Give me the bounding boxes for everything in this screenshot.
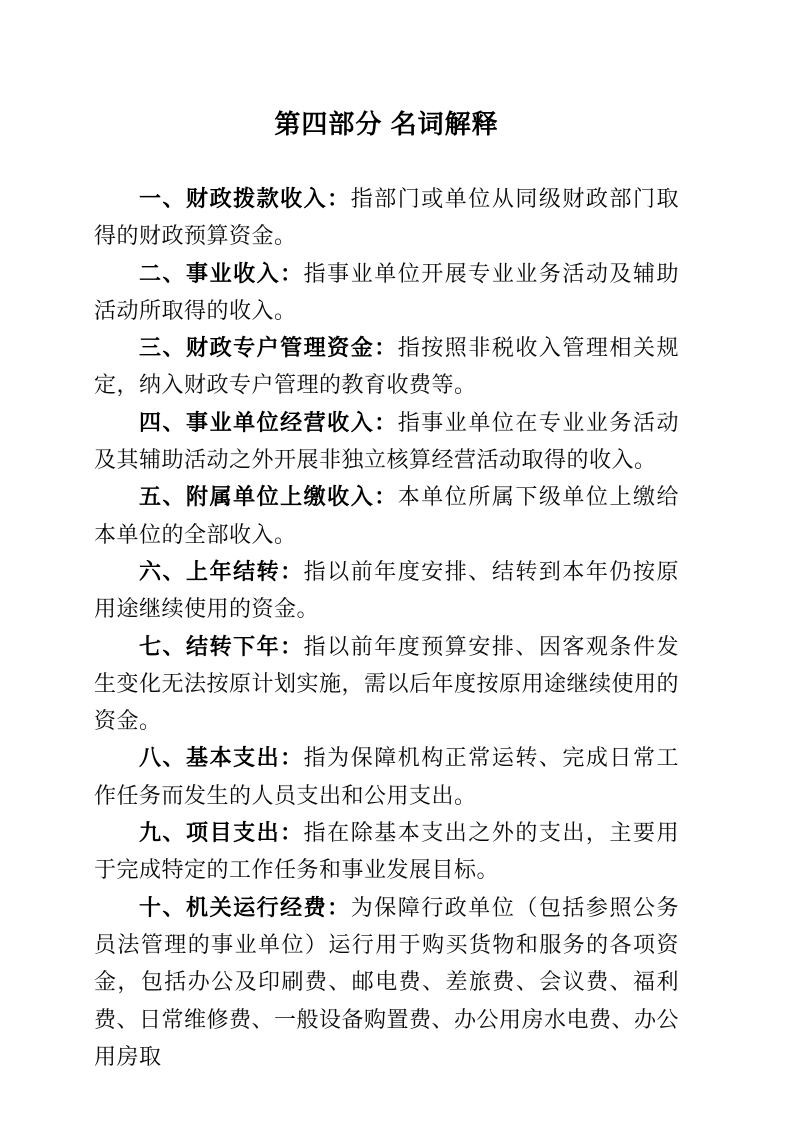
glossary-term-10-definition: 为保障行政单位（包括参照公务员法管理的事业单位）运行用于购买货物和服务的各项资金… <box>94 895 679 1069</box>
glossary-term-2-label: 二、事业收入： <box>139 261 304 286</box>
glossary-term-1: 一、财政拨款收入：指部门或单位从同级财政部门取得的财政预算资金。 <box>94 180 679 255</box>
glossary-term-5: 五、附属单位上缴收入：本单位所属下级单位上缴给本单位的全部收入。 <box>94 478 679 553</box>
glossary-term-6: 六、上年结转：指以前年度安排、结转到本年仍按原用途继续使用的资金。 <box>94 553 679 628</box>
glossary-term-6-label: 六、上年结转： <box>139 559 304 584</box>
glossary-term-8: 八、基本支出：指为保障机构正常运转、完成日常工作任务而发生的人员支出和公用支出。 <box>94 739 679 814</box>
glossary-term-7-label: 七、结转下年： <box>139 634 304 659</box>
glossary-term-5-label: 五、附属单位上缴收入： <box>139 484 398 509</box>
glossary-term-9-label: 九、项目支出： <box>139 820 304 845</box>
glossary-term-3: 三、财政专户管理资金：指按照非税收入管理相关规定，纳入财政专户管理的教育收费等。 <box>94 329 679 404</box>
glossary-term-2: 二、事业收入：指事业单位开展专业业务活动及辅助活动所取得的收入。 <box>94 255 679 330</box>
glossary-term-1-label: 一、财政拨款收入： <box>139 186 351 211</box>
glossary-term-9: 九、项目支出：指在除基本支出之外的支出，主要用于完成特定的工作任务和事业发展目标… <box>94 814 679 889</box>
glossary-section: 一、财政拨款收入：指部门或单位从同级财政部门取得的财政预算资金。 二、事业收入：… <box>94 180 679 1075</box>
glossary-term-10-label: 十、机关运行经费： <box>139 895 351 920</box>
document-page: 第四部分 名词解释 一、财政拨款收入：指部门或单位从同级财政部门取得的财政预算资… <box>0 0 793 1122</box>
glossary-term-4: 四、事业单位经营收入：指事业单位在专业业务活动及其辅助活动之外开展非独立核算经营… <box>94 404 679 479</box>
glossary-term-3-label: 三、财政专户管理资金： <box>139 335 398 360</box>
glossary-term-4-label: 四、事业单位经营收入： <box>139 410 398 435</box>
glossary-term-10: 十、机关运行经费：为保障行政单位（包括参照公务员法管理的事业单位）运行用于购买货… <box>94 889 679 1075</box>
document-content: 第四部分 名词解释 一、财政拨款收入：指部门或单位从同级财政部门取得的财政预算资… <box>0 108 793 1075</box>
glossary-term-7: 七、结转下年：指以前年度预算安排、因客观条件发生变化无法按原计划实施，需以后年度… <box>94 628 679 740</box>
glossary-term-8-label: 八、基本支出： <box>139 745 304 770</box>
page-title: 第四部分 名词解释 <box>94 108 679 140</box>
